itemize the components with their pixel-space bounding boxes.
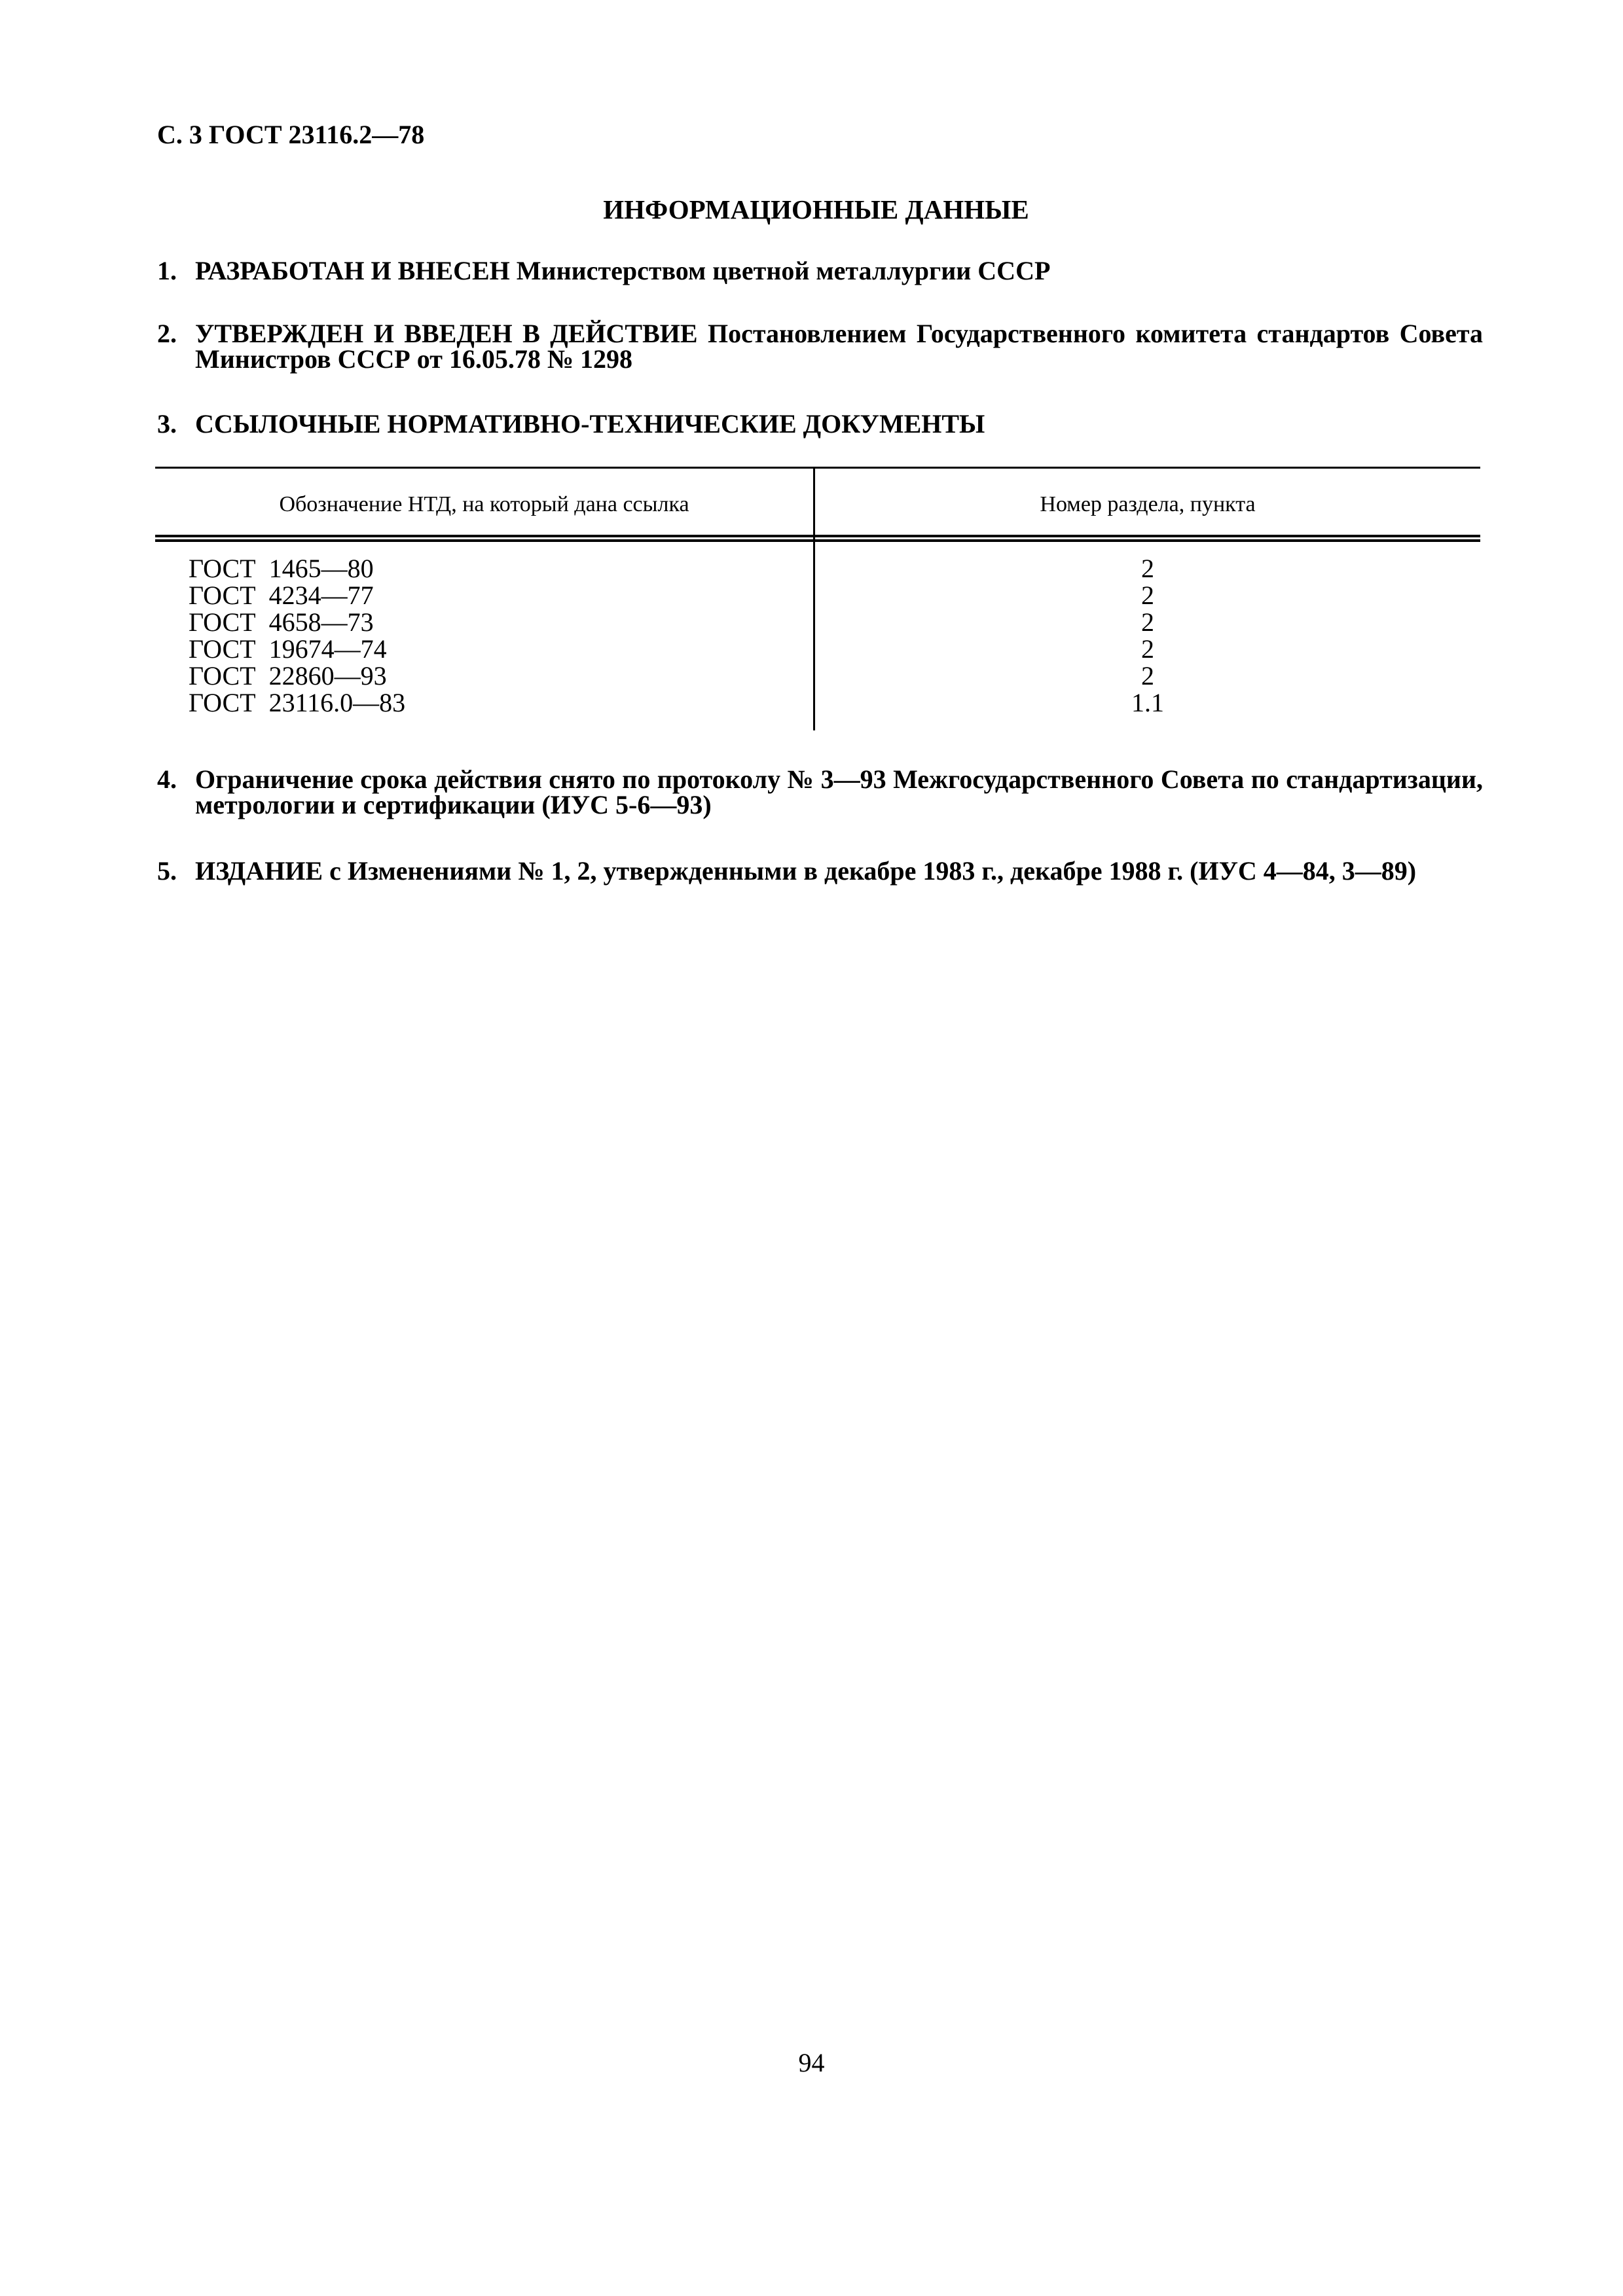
item-edition: 5. ИЗДАНИЕ с Изменениями № 1, 2, утвержд… (157, 858, 1483, 884)
table-top-rule (155, 467, 1480, 469)
item-number: 4. (157, 766, 177, 792)
table-cell-document: ГОСТ 4234—77 (189, 582, 405, 609)
document-title: ИНФОРМАЦИОННЫЕ ДАННЫЕ (0, 196, 1623, 223)
table-cell-section: 2 (815, 636, 1480, 662)
table-cell-section: 2 (815, 582, 1480, 609)
table-cell-document: ГОСТ 1465—80 (189, 555, 405, 582)
reference-table: Обозначение НТД, на который дана ссылка … (155, 467, 1480, 731)
item-reference-documents: 3. ССЫЛОЧНЫЕ НОРМАТИВНО-ТЕХНИЧЕСКИЕ ДОКУ… (157, 411, 1483, 437)
item-heading: ССЫЛОЧНЫЕ НОРМАТИВНО-ТЕХНИЧЕСКИЕ ДОКУМЕН… (195, 409, 985, 439)
table-cell-section: 2 (815, 555, 1480, 582)
table-cell-document: ГОСТ 23116.0—83 (189, 689, 405, 716)
item-number: 1. (157, 258, 177, 283)
table-column-documents: ГОСТ 1465—80ГОСТ 4234—77ГОСТ 4658—73ГОСТ… (189, 555, 405, 716)
item-number: 2. (157, 321, 177, 346)
table-cell-document: ГОСТ 19674—74 (189, 636, 405, 662)
page-header: С. 3 ГОСТ 23116.2—78 (157, 122, 424, 148)
item-heading: РАЗРАБОТАН И ВНЕСЕН (195, 256, 510, 285)
item-developed-by: 1. РАЗРАБОТАН И ВНЕСЕН Министерством цве… (157, 258, 1483, 283)
item-text: с Изменениями № 1, 2, утвержденными в де… (323, 856, 1416, 886)
table-header-rule (155, 535, 1480, 537)
item-number: 3. (157, 411, 177, 437)
item-text: Министерством цветной металлургии СССР (510, 256, 1051, 285)
table-header-section: Номер раздела, пункта (815, 493, 1480, 516)
item-number: 5. (157, 858, 177, 884)
page-number: 94 (0, 2050, 1623, 2076)
table-header-rule (155, 539, 1480, 542)
table-cell-section: 2 (815, 609, 1480, 636)
table-cell-section: 2 (815, 662, 1480, 689)
table-cell-document: ГОСТ 22860—93 (189, 662, 405, 689)
table-column-sections: 222221.1 (815, 555, 1480, 716)
table-cell-section: 1.1 (815, 689, 1480, 716)
item-approved: 2. УТВЕРЖДЕН И ВВЕДЕН В ДЕЙСТВИЕ Постано… (157, 321, 1483, 372)
table-header-document: Обозначение НТД, на который дана ссылка (155, 493, 813, 516)
item-heading: ИЗДАНИЕ (195, 856, 323, 886)
item-validity-limit: 4. Ограничение срока действия снято по п… (157, 766, 1483, 817)
item-text: Ограничение срока действия снято по прот… (195, 764, 1483, 819)
table-cell-document: ГОСТ 4658—73 (189, 609, 405, 636)
